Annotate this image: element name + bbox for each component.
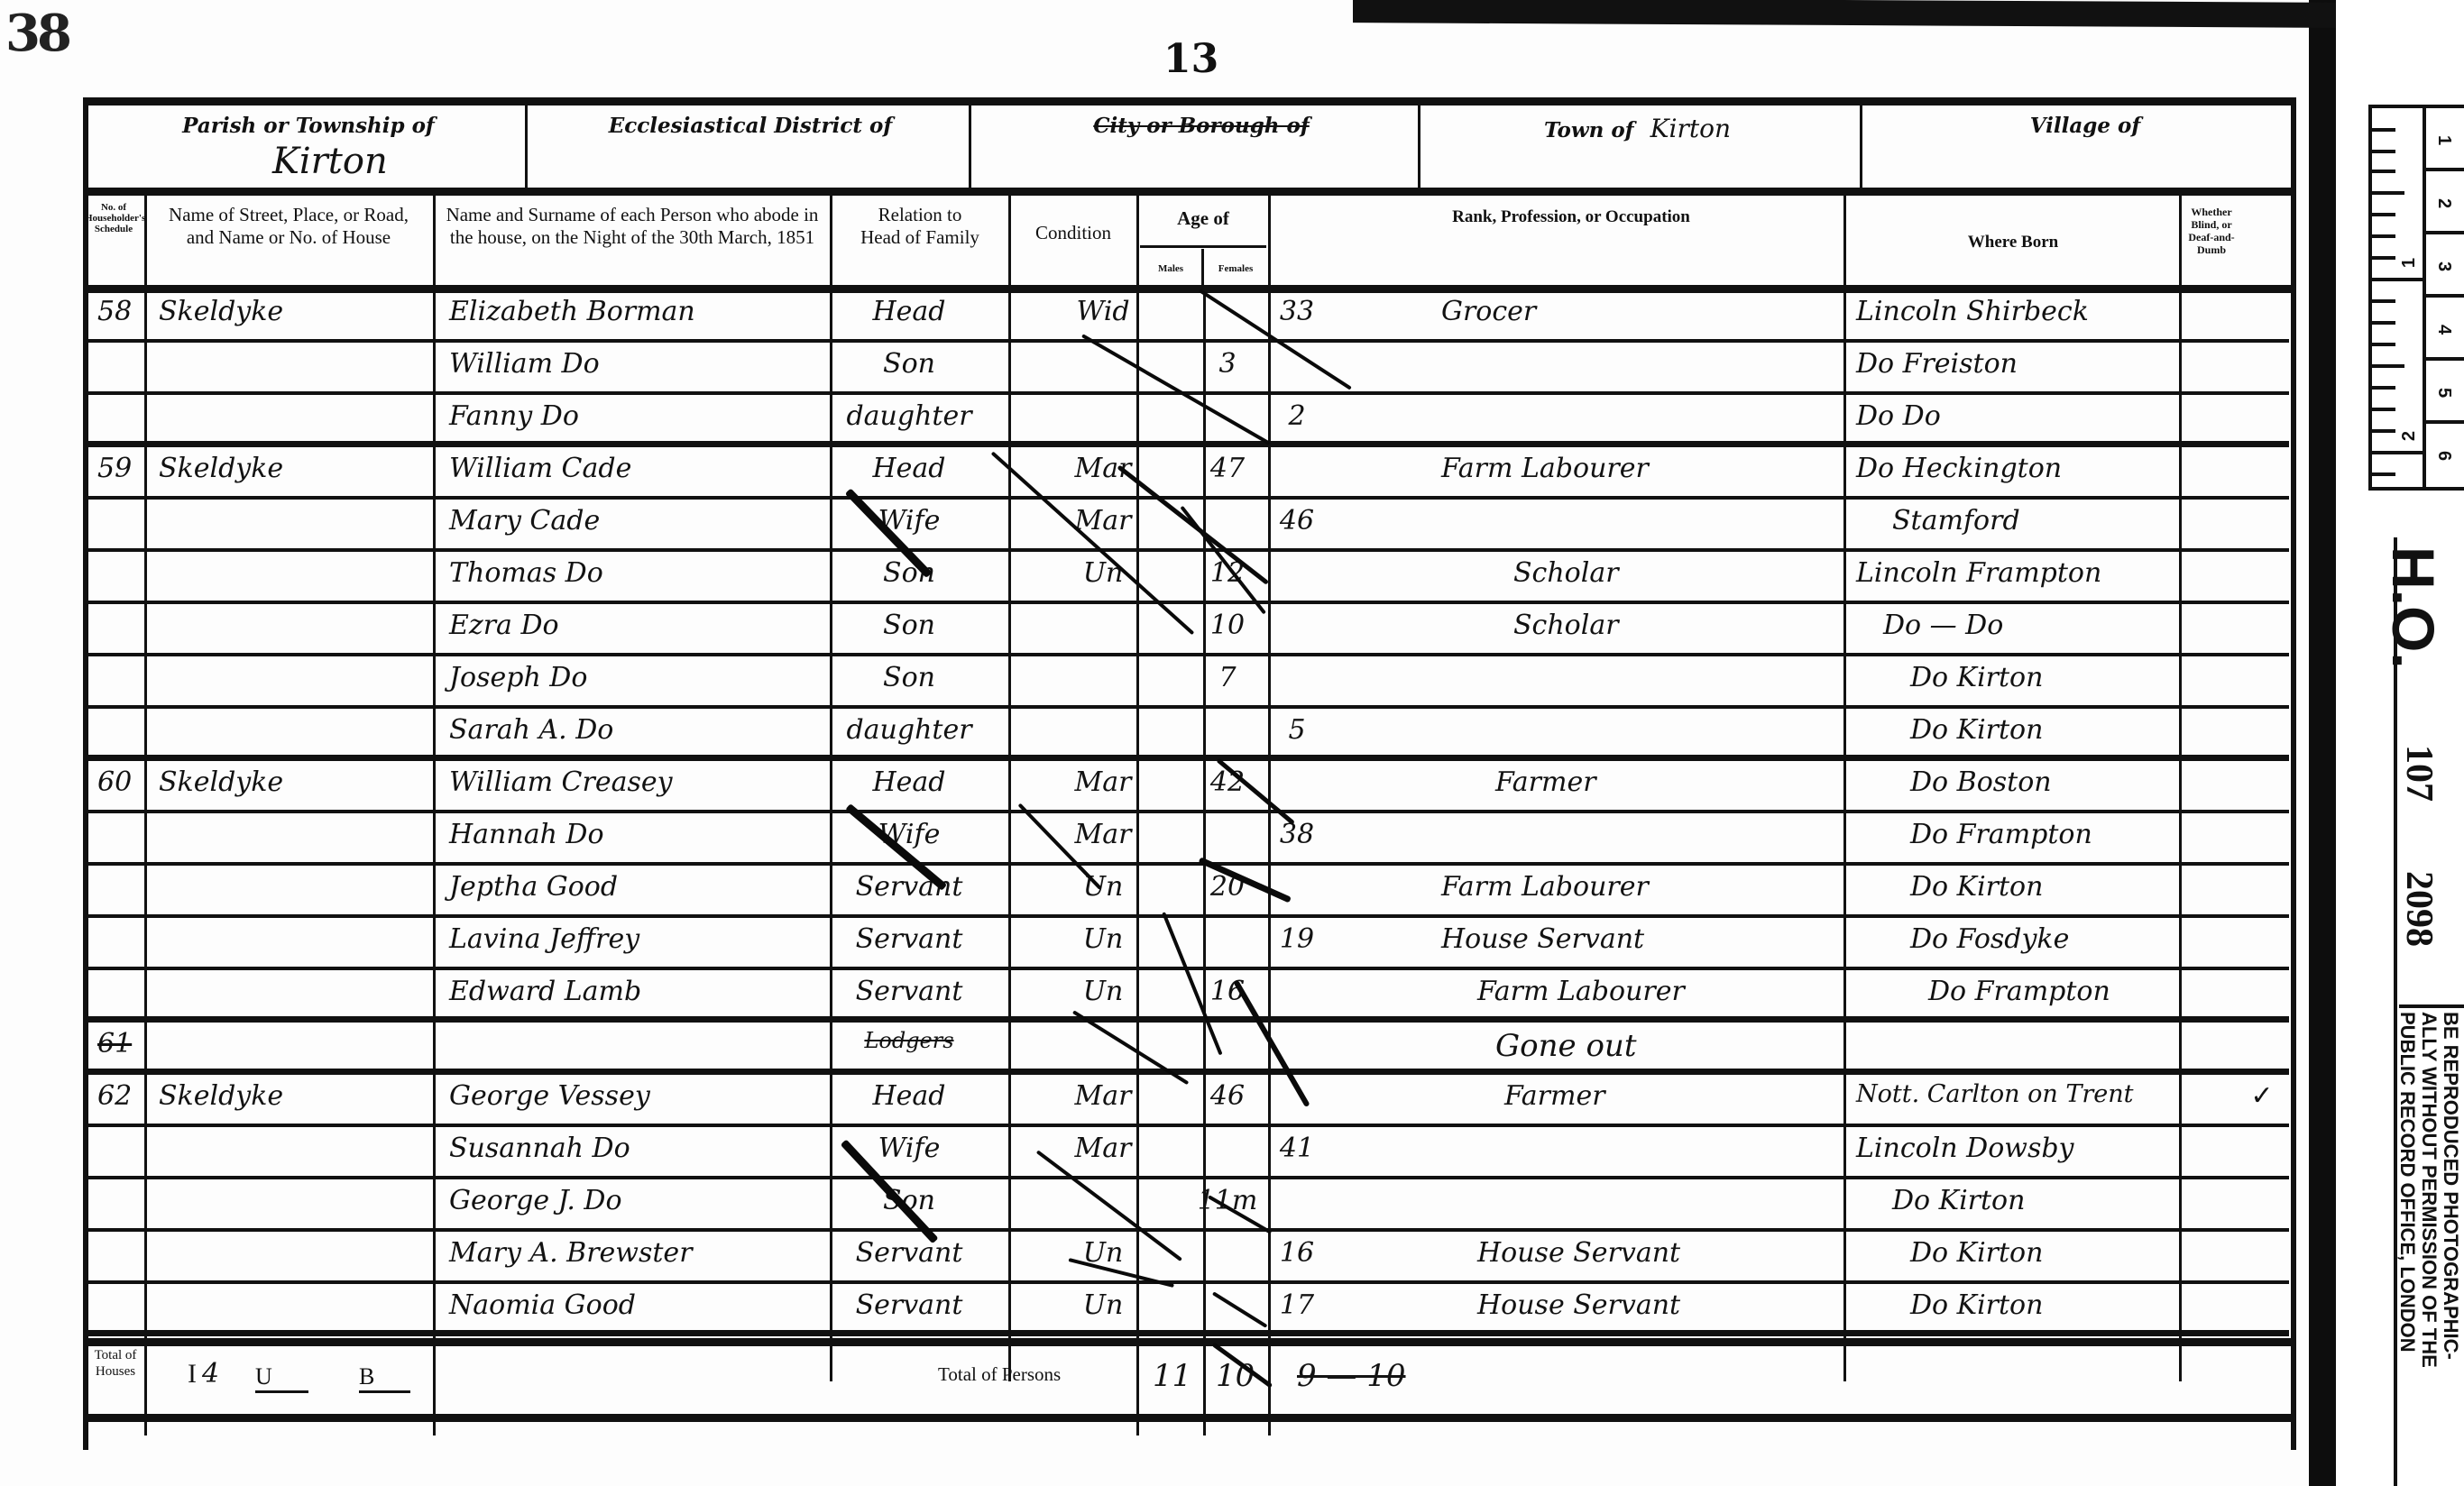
table-row: Hannah Do Wife Mar 38 Do Frampton <box>88 813 2289 866</box>
person-name: Edward Lamb <box>449 976 641 1007</box>
town-label: Town of Kirton <box>1544 114 1815 143</box>
relation-cell: Head <box>810 1080 1008 1112</box>
where-born-cell: Lincoln Frampton <box>1856 557 2101 589</box>
location-header: Parish or Township of Kirton Ecclesiasti… <box>83 97 2294 195</box>
city-label: City or Borough of <box>1039 114 1364 138</box>
male-age-cell: 47 <box>1196 453 1259 484</box>
table-row: Mary A. Brewster Servant Un 16 House Ser… <box>88 1232 2289 1284</box>
where-born-cell: Do Kirton <box>1910 871 2043 903</box>
col-street: Name of Street, Place, or Road, and Name… <box>153 204 424 249</box>
where-born-cell: Do Kirton <box>1910 1289 2043 1321</box>
where-born-cell: Do Kirton <box>1910 1237 2043 1269</box>
table-row: Sarah A. Do daughter 5 Do Kirton <box>88 709 2289 761</box>
table-row: Lavina Jeffrey Servant Un 19 House Serva… <box>88 918 2289 970</box>
where-born-cell: Lincoln Shirbeck <box>1856 296 2089 327</box>
person-name: Mary A. Brewster <box>449 1237 693 1269</box>
occupation-cell: Gone out <box>1495 1028 1637 1064</box>
total-houses-label: Total of Houses <box>88 1347 143 1380</box>
street-cell: Skeldyke <box>159 453 283 484</box>
relation-cell: Head <box>810 453 1008 484</box>
condition-cell: Un <box>1017 976 1189 1007</box>
census-page: 38 13 Parish or Township of Kirton Eccle… <box>0 0 2322 1486</box>
occupation-cell: Farmer <box>1495 766 1596 798</box>
parish-label: Parish or Township of <box>137 114 480 138</box>
col-where-born: Where Born <box>1851 231 2175 253</box>
person-name: Naomia Good <box>449 1289 636 1321</box>
occupation-cell: House Servant <box>1441 923 1644 955</box>
houses-inhabited: I4 <box>188 1358 219 1390</box>
col-schedule: No. of Householder's Schedule <box>85 202 143 234</box>
person-name: Mary Cade <box>449 505 600 537</box>
archive-margin-strip: 1 2 1 2 3 4 5 6 H.O. 107 2098 BE REPRODU… <box>2336 32 2464 1486</box>
condition-cell: Mar <box>1017 1080 1189 1112</box>
condition-cell: Mar <box>1017 453 1189 484</box>
ruler-cm-4: 4 <box>2433 325 2454 335</box>
person-name: Sarah A. Do <box>449 714 613 746</box>
table-row: Susannah Do Wife Mar 41 Lincoln Dowsby <box>88 1127 2289 1179</box>
totals-row: Total of Houses I4 U B Total of Persons … <box>88 1342 2289 1414</box>
condition-cell: Mar <box>1017 766 1189 798</box>
scan-border <box>2309 0 2336 1486</box>
condition-cell: Mar <box>1017 1133 1189 1164</box>
schedule-number: 60 <box>97 766 152 798</box>
ruler-inch-1: 1 <box>2399 258 2420 268</box>
occupation-cell: Farm Labourer <box>1441 871 1649 903</box>
where-born-cell: Do Frampton <box>1928 976 2110 1007</box>
relation-cell: Son <box>810 557 1008 589</box>
person-name: Susannah Do <box>449 1133 630 1164</box>
female-age-cell: 41 <box>1265 1133 1329 1164</box>
folio-mark: 38 <box>5 4 69 63</box>
where-born-cell: Nott. Carlton on Trent <box>1856 1080 2133 1108</box>
copyright-line-3: PUBLIC RECORD OFFICE, LONDON <box>2395 1012 2419 1353</box>
male-age-cell: 10 <box>1196 610 1259 641</box>
person-name: George Vessey <box>449 1080 650 1112</box>
condition-cell: Un <box>1017 1289 1189 1321</box>
relation-cell: Servant <box>810 871 1008 903</box>
occupation-cell: Scholar <box>1513 557 1619 589</box>
condition-cell: Un <box>1017 871 1189 903</box>
relation-cell: daughter <box>810 714 1008 746</box>
person-name: Elizabeth Borman <box>449 296 695 327</box>
checkmark-icon: ✓ <box>2235 1080 2289 1112</box>
where-born-cell: Stamford <box>1892 505 2020 537</box>
reference-prefix: H.O. <box>2379 546 2448 669</box>
table-row: Fanny Do daughter 2 Do Do <box>88 395 2289 447</box>
relation-cell: Wife <box>810 819 1008 850</box>
where-born-cell: Do — Do <box>1883 610 2003 641</box>
street-cell: Skeldyke <box>159 766 283 798</box>
ruler-cm-3: 3 <box>2433 261 2454 271</box>
female-age-cell: 46 <box>1265 505 1329 537</box>
where-born-cell: Do Kirton <box>1892 1185 2025 1216</box>
relation-cell: Wife <box>810 1133 1008 1164</box>
where-born-cell: Do Kirton <box>1910 662 2043 693</box>
person-name: Jeptha Good <box>449 871 618 903</box>
table-row: 61 Lodgers Gone out <box>88 1023 2289 1075</box>
street-cell: Skeldyke <box>159 296 283 327</box>
person-name: George J. Do <box>449 1185 622 1216</box>
occupation-cell: Scholar <box>1513 610 1619 641</box>
street-cell: Skeldyke <box>159 1080 283 1112</box>
column-header-row: No. of Householder's Schedule Name of St… <box>83 195 2294 290</box>
occupation-cell: Farm Labourer <box>1477 976 1685 1007</box>
reference-class: 107 <box>2397 745 2441 802</box>
schedule-number: 61 <box>97 1028 152 1059</box>
occupation-cell: House Servant <box>1477 1289 1680 1321</box>
col-occupation: Rank, Profession, or Occupation <box>1436 206 1706 228</box>
col-condition: Condition <box>1012 222 1135 244</box>
table-row: Naomia Good Servant Un 17 House Servant … <box>88 1284 2289 1336</box>
condition-cell: Mar <box>1017 819 1189 850</box>
female-age-cell: 16 <box>1265 1237 1329 1269</box>
condition-cell: Wid <box>1017 296 1189 327</box>
ruler-cm-6: 6 <box>2433 451 2454 461</box>
female-age-cell: 19 <box>1265 923 1329 955</box>
copyright-line-2: ALLY WITHOUT PERMISSION OF THE <box>2417 1012 2441 1368</box>
ecclesiastical-label: Ecclesiastical District of <box>588 114 913 138</box>
person-name: William Do <box>449 348 600 380</box>
male-age-cell: 46 <box>1196 1080 1259 1112</box>
ruler-cm-2: 2 <box>2433 198 2454 208</box>
table-row: Joseph Do Son 7 Do Kirton <box>88 656 2289 709</box>
female-age-cell: 2 <box>1265 400 1329 432</box>
houses-uninhabited: U <box>255 1363 308 1393</box>
male-age-cell: 7 <box>1196 662 1259 693</box>
where-born-cell: Lincoln Dowsby <box>1856 1133 2074 1164</box>
ruler-cm-5: 5 <box>2433 388 2454 398</box>
female-age-cell: 17 <box>1265 1289 1329 1321</box>
relation-cell: Son <box>810 662 1008 693</box>
table-row: Jeptha Good Servant Un 20 Farm Labourer … <box>88 866 2289 918</box>
female-age-cell: 38 <box>1265 819 1329 850</box>
occupation-cell: Grocer <box>1441 296 1536 327</box>
totals-note: 9 — 10 <box>1297 1358 1406 1394</box>
col-blind: Whether Blind, or Deaf-and-Dumb <box>2183 206 2240 256</box>
condition-cell: Un <box>1017 923 1189 955</box>
occupation-cell: House Servant <box>1477 1237 1680 1269</box>
person-name: Joseph Do <box>449 662 587 693</box>
total-males: 11 <box>1153 1358 1191 1394</box>
occupation-cell: Farmer <box>1504 1080 1605 1112</box>
ruler-inch-2: 2 <box>2399 431 2420 441</box>
schedule-number: 59 <box>97 453 152 484</box>
ruler-cm-1: 1 <box>2433 135 2454 145</box>
houses-building: B <box>359 1363 410 1393</box>
schedule-number: 62 <box>97 1080 152 1112</box>
table-row: 58 Skeldyke Elizabeth Borman Head Wid 33… <box>88 290 2289 343</box>
town-value: Kirton <box>1650 114 1731 143</box>
relation-cell: Servant <box>810 923 1008 955</box>
male-age-cell: 11m <box>1196 1185 1259 1216</box>
where-born-cell: Do Do <box>1856 400 1941 432</box>
page-number: 13 <box>1163 36 1218 82</box>
person-name: Thomas Do <box>449 557 603 589</box>
where-born-cell: Do Frampton <box>1910 819 2092 850</box>
total-persons-label: Total of Persons <box>938 1363 1061 1386</box>
relation-cell: Son <box>810 348 1008 380</box>
where-born-cell: Do Kirton <box>1910 714 2043 746</box>
col-males: Males <box>1140 263 1201 274</box>
table-row: 59 Skeldyke William Cade Head Mar 47 Far… <box>88 447 2289 500</box>
relation-cell: Servant <box>810 976 1008 1007</box>
table-row: 60 Skeldyke William Creasey Head Mar 42 … <box>88 761 2289 813</box>
village-label: Village of <box>1995 114 2175 138</box>
person-name: Hannah Do <box>449 819 604 850</box>
person-name: William Cade <box>449 453 631 484</box>
table-row: Thomas Do Son Un 12 Scholar Lincoln Fram… <box>88 552 2289 604</box>
where-born-cell: Do Heckington <box>1856 453 2062 484</box>
relation-cell: Servant <box>810 1237 1008 1269</box>
person-name: Fanny Do <box>449 400 579 432</box>
person-name: Lavina Jeffrey <box>449 923 639 955</box>
relation-cell: Wife <box>810 505 1008 537</box>
relation-cell: daughter <box>810 400 1008 432</box>
female-age-cell: 5 <box>1265 714 1329 746</box>
parish-value: Kirton <box>272 141 388 182</box>
relation-cell: Son <box>810 610 1008 641</box>
condition-cell: Un <box>1017 557 1189 589</box>
condition-cell: Un <box>1017 1237 1189 1269</box>
reference-piece: 2098 <box>2397 871 2441 947</box>
col-age-of: Age of <box>1140 207 1266 230</box>
table-row: Mary Cade Wife Mar 46 Stamford <box>88 500 2289 552</box>
ruler-scale: 1 2 <box>2368 105 2426 491</box>
col-females: Females <box>1205 263 1266 274</box>
where-born-cell: Do Boston <box>1910 766 2052 798</box>
where-born-cell: Do Freiston <box>1856 348 2018 380</box>
col-relation: Relation to Head of Family <box>857 204 983 249</box>
schedule-number: 58 <box>97 296 152 327</box>
table-row: George J. Do Son 11m Do Kirton <box>88 1179 2289 1232</box>
copyright-line-1: BE REPRODUCED PHOTOGRAPHIC- <box>2439 1012 2462 1360</box>
person-name: William Creasey <box>449 766 673 798</box>
relation-cell: Lodgers <box>810 1028 1008 1053</box>
relation-cell: Head <box>810 296 1008 327</box>
relation-cell: Servant <box>810 1289 1008 1321</box>
occupation-cell: Farm Labourer <box>1441 453 1649 484</box>
female-age-cell: 33 <box>1265 296 1329 327</box>
male-age-cell: 3 <box>1196 348 1259 380</box>
condition-cell: Mar <box>1017 505 1189 537</box>
table-row: William Do Son 3 Do Freiston <box>88 343 2289 395</box>
col-name: Name and Surname of each Person who abod… <box>438 204 826 249</box>
person-name: Ezra Do <box>449 610 559 641</box>
table-row: 62 Skeldyke George Vessey Head Mar 46 Fa… <box>88 1075 2289 1127</box>
where-born-cell: Do Fosdyke <box>1910 923 2069 955</box>
relation-cell: Head <box>810 766 1008 798</box>
